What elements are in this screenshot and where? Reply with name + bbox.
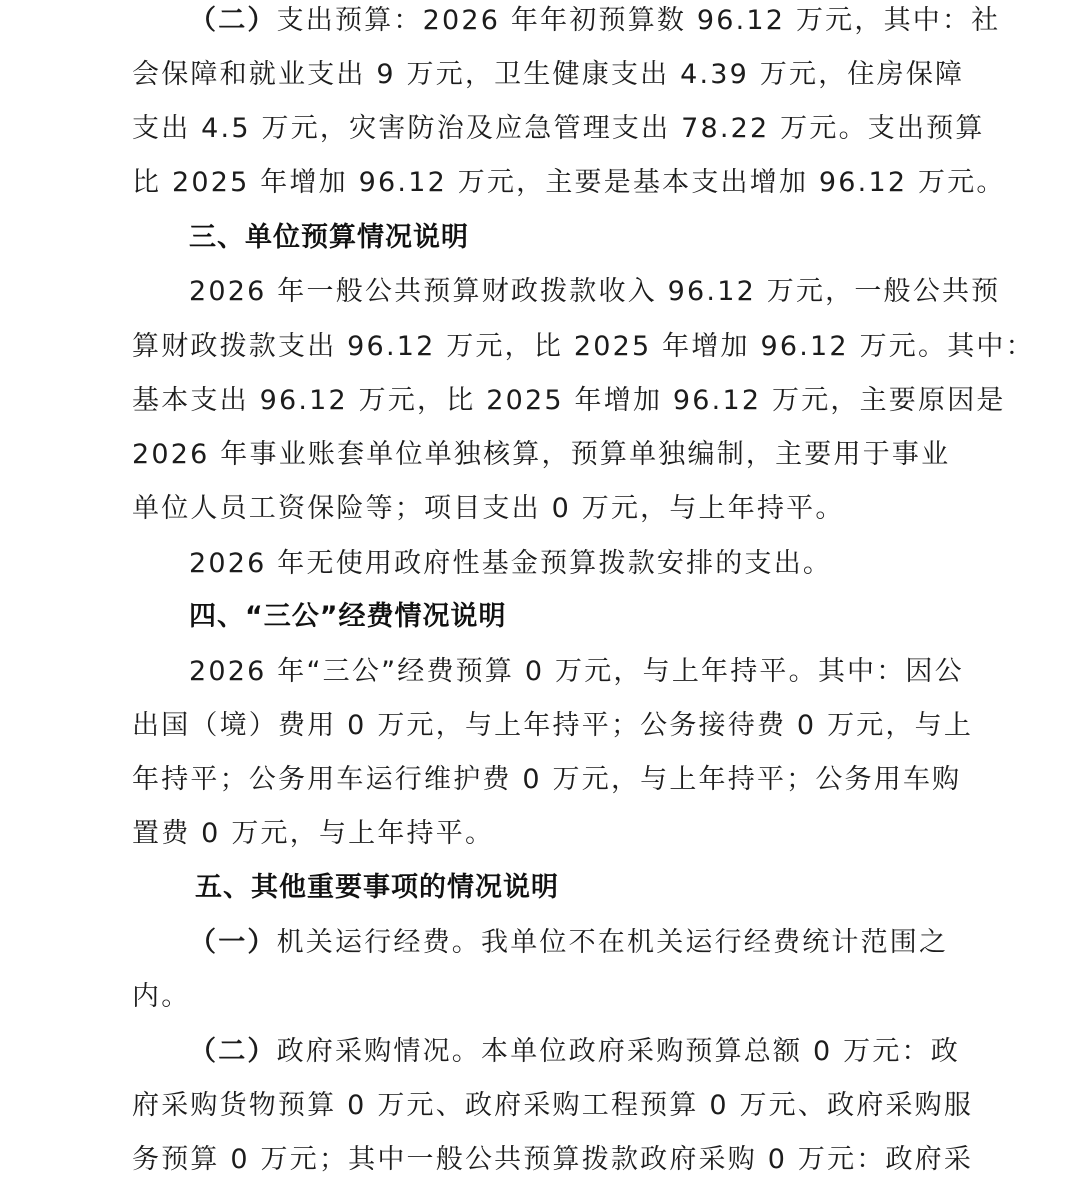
paragraph-line: 会保障和就业支出 9 万元，卫生健康支出 4.39 万元，住房保障 [132, 58, 964, 92]
paragraph-prefix: （二） [189, 5, 277, 36]
paragraph-line: 算财政拨款支出 96.12 万元，比 2025 年增加 96.12 万元。其中： [132, 330, 1035, 364]
paragraph-line: （二）支出预算：2026 年年初预算数 96.12 万元，其中：社 [189, 4, 1000, 38]
paragraph-line: 单位人员工资保险等；项目支出 0 万元，与上年持平。 [132, 492, 845, 526]
paragraph-line: 年持平；公务用车运行维护费 0 万元，与上年持平；公务用车购 [132, 763, 961, 797]
paragraph-line: 2026 年一般公共预算财政拨款收入 96.12 万元，一般公共预 [189, 275, 1000, 309]
section-heading: 五、其他重要事项的情况说明 [195, 871, 559, 905]
paragraph-line: 置费 0 万元，与上年持平。 [132, 817, 494, 851]
paragraph-line: 府采购货物预算 0 万元、政府采购工程预算 0 万元、政府采购服 [132, 1089, 973, 1123]
paragraph-prefix: （一） [189, 927, 277, 958]
paragraph-prefix: （二） [189, 1036, 277, 1067]
paragraph-text: 政府采购情况。本单位政府采购预算总额 0 万元：政 [277, 1036, 960, 1067]
paragraph-line: 内。 [132, 980, 190, 1014]
document-page: （二）支出预算：2026 年年初预算数 96.12 万元，其中：社 会保障和就业… [0, 0, 1074, 1178]
paragraph-text: 支出预算：2026 年年初预算数 96.12 万元，其中：社 [277, 5, 1001, 36]
paragraph-line: 2026 年“三公”经费预算 0 万元，与上年持平。其中：因公 [189, 655, 964, 689]
paragraph-text: 机关运行经费。我单位不在机关运行经费统计范围之 [277, 927, 949, 958]
paragraph-line: （一）机关运行经费。我单位不在机关运行经费统计范围之 [189, 926, 948, 960]
section-heading: 三、单位预算情况说明 [189, 221, 469, 255]
paragraph-line: 基本支出 96.12 万元，比 2025 年增加 96.12 万元，主要原因是 [132, 384, 1006, 418]
paragraph-line: 出国（境）费用 0 万元，与上年持平；公务接待费 0 万元，与上 [132, 709, 973, 743]
section-heading: 四、“三公”经费情况说明 [189, 600, 507, 634]
paragraph-line: 比 2025 年增加 96.12 万元，主要是基本支出增加 96.12 万元。 [132, 166, 1006, 200]
paragraph-line: 支出 4.5 万元，灾害防治及应急管理支出 78.22 万元。支出预算 [132, 112, 985, 146]
paragraph-line: （二）政府采购情况。本单位政府采购预算总额 0 万元：政 [189, 1035, 960, 1069]
paragraph-line: 2026 年无使用政府性基金预算拨款安排的支出。 [189, 547, 832, 581]
paragraph-line: 务预算 0 万元；其中一般公共预算拨款政府采购 0 万元：政府采 [132, 1143, 973, 1177]
paragraph-line: 2026 年事业账套单位单独核算，预算单独编制，主要用于事业 [132, 438, 950, 472]
